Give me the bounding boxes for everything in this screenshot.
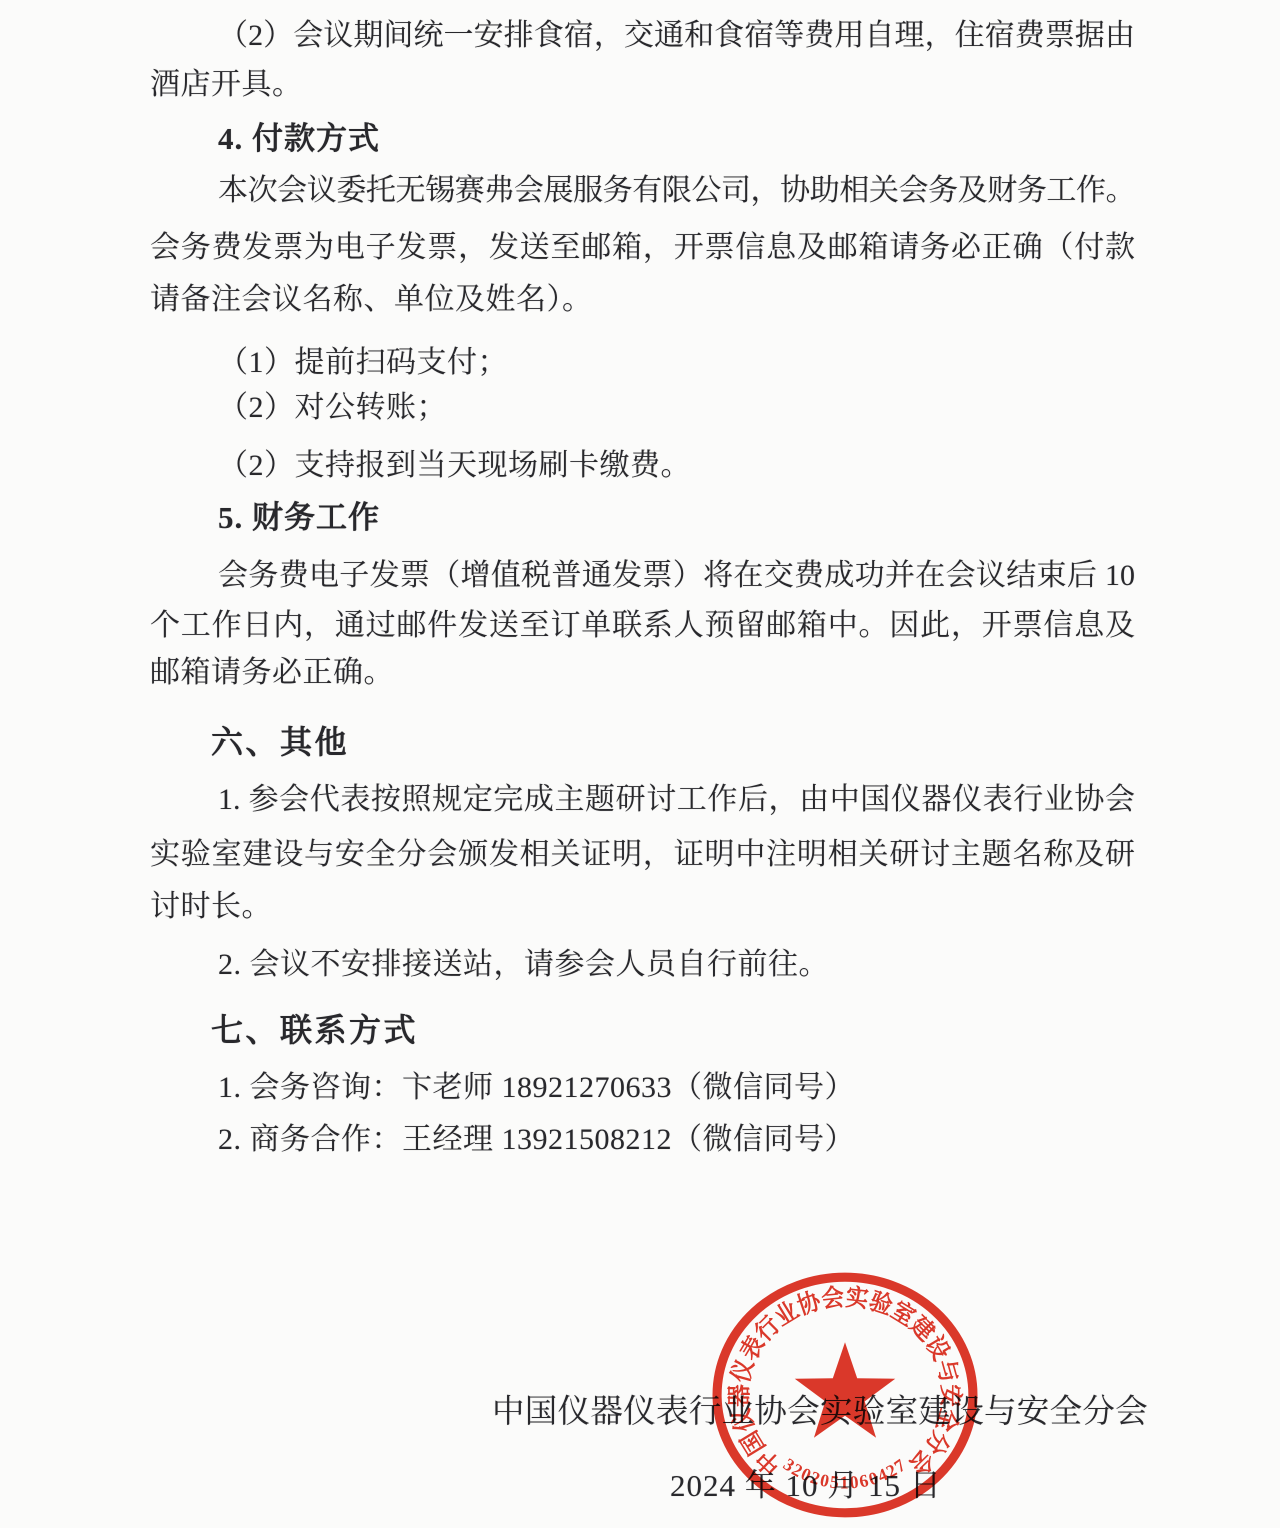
contact-item: 1. 会务咨询：卞老师 18921270633（微信同号） <box>218 1066 855 1110</box>
star-icon <box>795 1342 896 1438</box>
section-heading-payment: 4. 付款方式 <box>218 117 380 161</box>
section-heading-others: 六、其他 <box>211 720 349 764</box>
doc-line: 讨时长。 <box>150 885 272 929</box>
doc-line: 会务费发票为电子发票，发送至邮箱，开票信息及邮箱请务必正确（付款 <box>150 226 1135 270</box>
document-page: （2）会议期间统一安排食宿，交通和食宿等费用自理，住宿费票据由 酒店开具。 4.… <box>0 0 1280 1528</box>
section-heading-finance: 5. 财务工作 <box>218 496 380 540</box>
doc-line: 会务费电子发票（增值税普通发票）将在交费成功并在会议结束后 10 <box>218 554 1135 598</box>
svg-text:3202051060427: 3202051060427 <box>780 1454 911 1492</box>
doc-line: 1. 参会代表按照规定完成主题研讨工作后，由中国仪器仪表行业协会 <box>218 778 1135 822</box>
contact-item: 2. 商务合作：王经理 13921508212（微信同号） <box>218 1118 855 1162</box>
doc-line: 个工作日内，通过邮件发送至订单联系人预留邮箱中。因此，开票信息及 <box>150 604 1135 648</box>
doc-line: 请备注会议名称、单位及姓名）。 <box>150 278 593 322</box>
payment-method-item: （1）提前扫码支付； <box>218 341 508 385</box>
seal-serial-number: 3202051060427 <box>780 1454 911 1492</box>
doc-line: 实验室建设与安全分会颁发相关证明，证明中注明相关研讨主题名称及研 <box>150 833 1135 877</box>
doc-line: 2. 会议不安排接送站，请参会人员自行前往。 <box>218 943 829 987</box>
doc-line: （2）会议期间统一安排食宿，交通和食宿等费用自理，住宿费票据由 <box>218 14 1135 58</box>
payment-method-item: （2）对公转账； <box>218 386 447 430</box>
section-heading-contact: 七、联系方式 <box>211 1008 418 1052</box>
doc-line: 本次会议委托无锡赛弗会展服务有限公司，协助相关会务及财务工作。 <box>218 169 1135 213</box>
doc-line: 酒店开具。 <box>150 63 303 107</box>
doc-line: 邮箱请务必正确。 <box>150 651 394 695</box>
official-seal: 中国仪器仪表行业协会实验室建设与安全分会 3202051060427 <box>712 1270 978 1520</box>
payment-method-item: （2）支持报到当天现场刷卡缴费。 <box>218 444 691 488</box>
